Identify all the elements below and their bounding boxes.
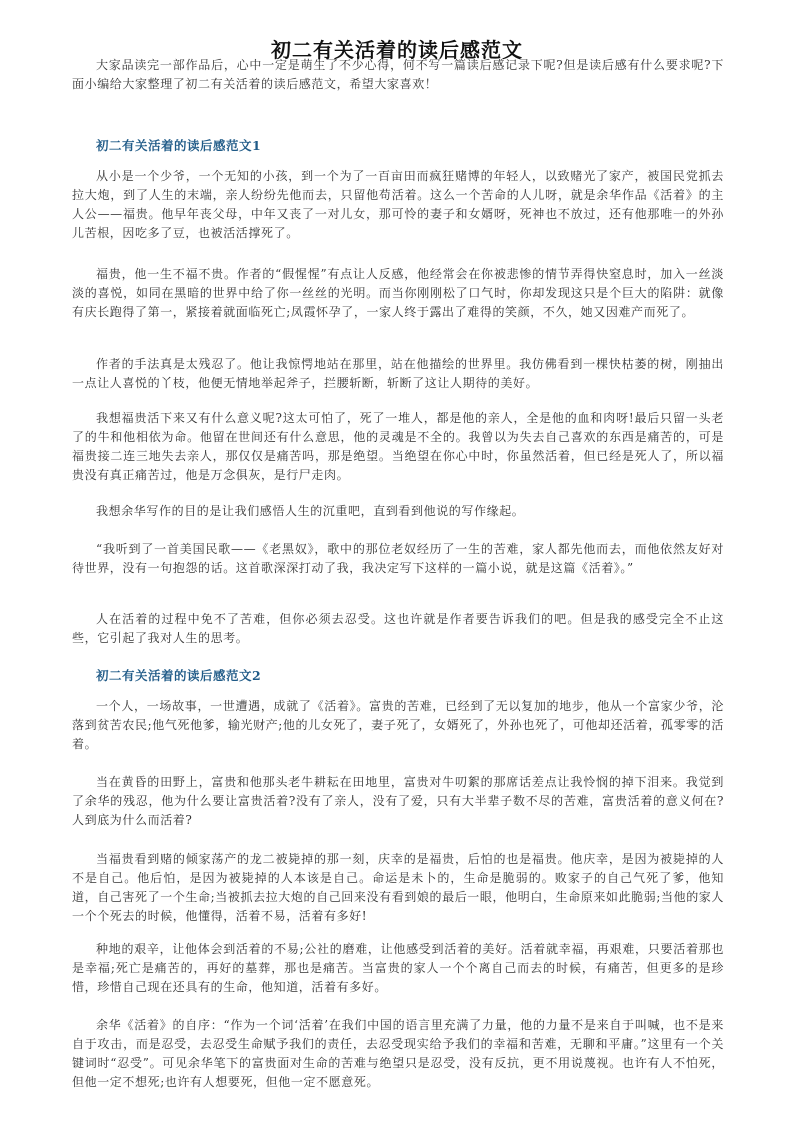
paragraph: 一个人，一场故事，一世遭遇，成就了《活着》。富贵的苦难，已经到了无以复加的地步，… bbox=[72, 697, 724, 754]
quote-paragraph: 余华《活着》的自序：“作为一个词‘活着’在我们中国的语言里充满了力量，他的力量不… bbox=[72, 1016, 724, 1092]
intro-paragraph: 大家品读完一部作品后，心中一定是萌生了不少心得，何不写一篇读后感记录下呢?但是读… bbox=[72, 56, 724, 94]
quote-paragraph: “我听到了一首美国民歌——《老黑奴》，歌中的那位老奴经历了一生的苦难，家人都先他… bbox=[72, 540, 724, 578]
paragraph: 当福贵看到赌的倾家荡产的龙二被毙掉的那一刻，庆幸的是福贵，后怕的也是福贵。他庆幸… bbox=[72, 850, 724, 926]
paragraph: 从小是一个少爷，一个无知的小孩，到一个为了一百亩田而疯狂赌博的年轻人，以致赌光了… bbox=[72, 167, 724, 243]
paragraph: 种地的艰辛，让他体会到活着的不易;公社的磨难，让他感受到活着的美好。活着就幸福，… bbox=[72, 940, 724, 997]
paragraph: 人在活着的过程中免不了苦难，但你必须去忍受。这也许就是作者要告诉我们的吧。但是我… bbox=[72, 610, 724, 648]
paragraph: 我想余华写作的目的是让我们感悟人生的沉重吧，直到看到他说的写作缘起。 bbox=[72, 502, 724, 521]
paragraph: 我想福贵活下来又有什么意义呢?这太可怕了，死了一堆人，都是他的亲人，全是他的血和… bbox=[72, 409, 724, 485]
paragraph: 福贵，他一生不福不贵。作者的“假惺惺”有点让人反感，他经常会在你被悲惨的情节弄得… bbox=[72, 265, 724, 322]
section-heading-1: 初二有关活着的读后感范文1 bbox=[96, 136, 261, 154]
document-page: 初二有关活着的读后感范文 大家品读完一部作品后，心中一定是萌生了不少心得，何不写… bbox=[0, 0, 794, 1123]
paragraph: 当在黄昏的田野上，富贵和他那头老牛耕耘在田地里，富贵对牛叨絮的那席话差点让我怜悯… bbox=[72, 773, 724, 830]
paragraph: 作者的手法真是太残忍了。他让我惊愕地站在那里，站在他描绘的世界里。我仿佛看到一棵… bbox=[72, 355, 724, 393]
section-heading-2: 初二有关活着的读后感范文2 bbox=[96, 666, 261, 684]
